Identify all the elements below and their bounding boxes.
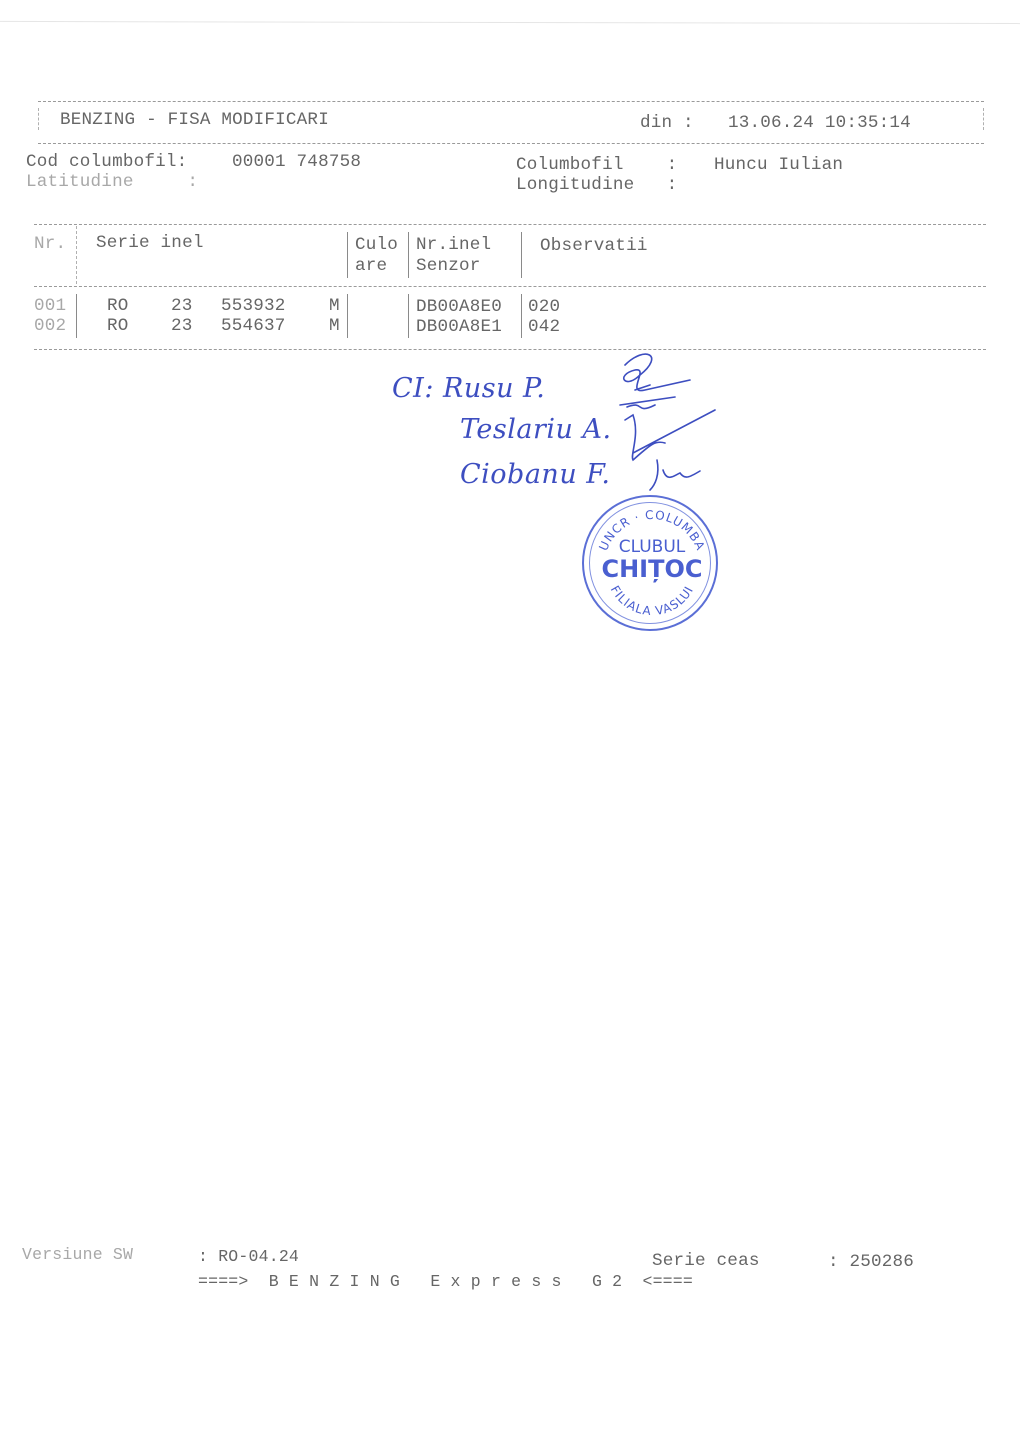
fancier-name-label: Columbofil : — [516, 155, 677, 175]
version-value: : RO-04.24 — [198, 1247, 299, 1267]
clock-serial-label: Serie ceas — [652, 1251, 760, 1271]
observation: 042 — [528, 317, 560, 337]
stamp-center-line-2: CHIȚOC — [584, 555, 720, 583]
col-divider — [521, 232, 522, 278]
ring-country: RO — [107, 296, 129, 316]
stamp-bottom-text: FILIALA VASLUI — [608, 583, 697, 618]
column-header-sensor: Nr.inel — [416, 235, 491, 255]
col-divider — [408, 294, 409, 338]
longitude-label: Longitudine : — [516, 175, 677, 195]
sensor-ring: DB00A8E1 — [416, 317, 502, 337]
column-header-color: Culo — [355, 235, 398, 255]
col-divider — [76, 294, 77, 338]
report-title: BENZING - FISA MODIFICARI — [60, 110, 329, 130]
benzing-banner: ====> B E N Z I N G E x p r e s s G 2 <=… — [198, 1272, 693, 1292]
ring-country: RO — [107, 316, 129, 336]
fancier-name-value: Huncu Iulian — [714, 155, 843, 175]
header-top-border — [38, 101, 984, 102]
page-edge-line — [0, 21, 1020, 24]
sensor-ring: DB00A8E0 — [416, 297, 502, 317]
column-header-nr: Nr. — [34, 234, 66, 254]
handwritten-line-3: Ciobanu F. — [460, 458, 610, 492]
col-divider — [347, 294, 348, 338]
code-value: 00001 748758 — [232, 152, 361, 172]
version-label: Versiune SW — [22, 1245, 133, 1265]
handwritten-line-1: CI: Rusu P. — [392, 372, 545, 406]
table-bottom-border — [34, 349, 986, 350]
col-divider — [76, 226, 77, 284]
observation: 020 — [528, 297, 560, 317]
col-divider — [347, 232, 348, 278]
table-top-border — [34, 224, 986, 225]
column-header-observations: Observatii — [540, 236, 648, 256]
date-label: din : — [640, 113, 694, 133]
col-divider — [521, 294, 522, 338]
table-header-border — [34, 286, 986, 287]
club-stamp: UNCR · COLUMBA FILIALA VASLUI CLUBUL CHI… — [582, 495, 718, 631]
date-value: 13.06.24 10:35:14 — [728, 113, 911, 133]
ring-year: 23 — [171, 316, 193, 336]
handwritten-line-2: Teslariu A. — [460, 413, 612, 447]
code-label: Cod columbofil: — [26, 152, 187, 172]
header-bottom-border — [38, 143, 984, 144]
ring-sex: M — [329, 296, 340, 316]
ring-sex: M — [329, 316, 340, 336]
svg-text:FILIALA VASLUI: FILIALA VASLUI — [608, 583, 697, 618]
ring-number: 553932 — [221, 296, 286, 316]
column-header-color-2: are — [355, 256, 387, 276]
column-header-ring-series: Serie inel — [96, 233, 204, 253]
stamp-center-line-1: CLUBUL — [584, 537, 720, 557]
row-nr: 002 — [34, 316, 66, 336]
ring-number: 554637 — [221, 316, 286, 336]
latitude-label: Latitudine : — [26, 172, 198, 192]
signatures-icon — [595, 345, 725, 505]
col-divider — [408, 232, 409, 278]
header-left-border — [38, 108, 39, 130]
row-nr: 001 — [34, 296, 66, 316]
clock-serial-value: : 250286 — [828, 1252, 914, 1272]
ring-year: 23 — [171, 296, 193, 316]
column-header-sensor-2: Senzor — [416, 256, 481, 276]
header-right-border — [983, 108, 984, 130]
